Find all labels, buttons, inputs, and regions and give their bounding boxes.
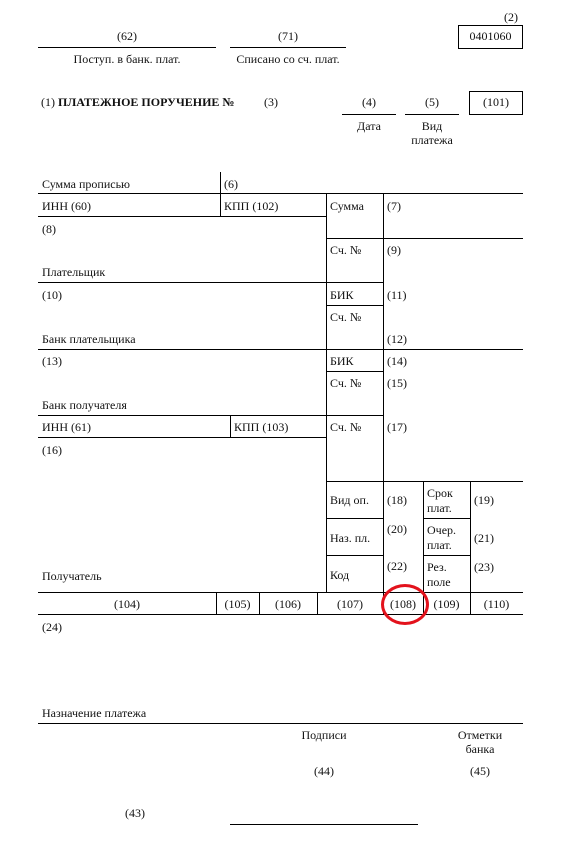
divider: [38, 592, 523, 593]
highlight-circle: [381, 584, 429, 625]
payer-label: Плательщик: [42, 265, 105, 279]
debited-label: Списано со сч. плат.: [222, 52, 354, 66]
divider: [230, 415, 231, 437]
order-label-1: Очер.: [427, 523, 456, 537]
code-field[interactable]: (22): [387, 559, 407, 573]
payer-bank-account-field[interactable]: (12): [387, 332, 407, 346]
debited-code[interactable]: (71): [230, 29, 346, 43]
payee-inn[interactable]: ИНН (61): [42, 420, 91, 434]
divider: [326, 371, 383, 372]
op-type-label: Вид оп.: [330, 493, 369, 507]
divider: [38, 349, 523, 350]
divider: [326, 518, 383, 519]
op-type-field[interactable]: (18): [387, 493, 407, 507]
order-number-code[interactable]: (3): [264, 95, 278, 109]
payer-account-field[interactable]: (9): [387, 243, 401, 257]
payee-bank-account-label: Сч. №: [330, 376, 361, 390]
payee-bank-label: Банк получателя: [42, 398, 127, 412]
payer-inn[interactable]: ИНН (60): [42, 199, 91, 213]
payee-bank-bik-field[interactable]: (14): [387, 354, 407, 368]
payee-bank-name-field[interactable]: (13): [42, 354, 62, 368]
sum-field[interactable]: (7): [387, 199, 401, 213]
divider: [38, 614, 523, 615]
title-number: (1): [41, 95, 55, 109]
stamp-field[interactable]: (43): [100, 806, 170, 820]
payer-name-field[interactable]: (8): [42, 222, 56, 236]
payer-bank-bik-field[interactable]: (11): [387, 288, 407, 302]
divider: [326, 238, 523, 239]
payee-kpp[interactable]: КПП (103): [234, 420, 288, 434]
divider: [38, 282, 383, 283]
payee-account-label: Сч. №: [330, 420, 361, 434]
order-field[interactable]: (21): [474, 531, 494, 545]
payment-type-code[interactable]: (5): [405, 95, 459, 109]
payee-label: Получатель: [42, 569, 102, 583]
payee-account-field[interactable]: (17): [387, 420, 407, 434]
bank-marks-label-1: Отметки: [440, 728, 520, 742]
payee-bank-account-field[interactable]: (15): [387, 376, 407, 390]
payment-type-label-2: платежа: [400, 133, 464, 147]
payment-type-line: [405, 114, 459, 115]
reserve-label-1: Рез.: [427, 560, 447, 574]
divider: [38, 723, 523, 724]
form-title: (1) ПЛАТЕЖНОЕ ПОРУЧЕНИЕ №: [41, 95, 234, 109]
tax-field-105[interactable]: (105): [216, 597, 259, 611]
divider: [423, 555, 470, 556]
divider: [38, 415, 383, 416]
payment-type-label-1: Вид: [405, 119, 459, 133]
sum-label: Сумма: [330, 199, 364, 213]
divider: [220, 172, 221, 216]
divider: [38, 193, 523, 194]
received-line: [38, 47, 216, 48]
divider: [326, 555, 383, 556]
payer-status-box[interactable]: (101): [469, 91, 523, 115]
received-label: Поступ. в банк. плат.: [38, 52, 216, 66]
divider: [326, 481, 523, 482]
tax-field-107[interactable]: (107): [317, 597, 383, 611]
divider: [326, 193, 327, 592]
purpose-type-label: Наз. пл.: [330, 531, 370, 545]
payee-name-field[interactable]: (16): [42, 443, 62, 457]
purpose-field[interactable]: (24): [42, 620, 62, 634]
divider: [423, 518, 470, 519]
term-label-1: Срок: [427, 486, 453, 500]
term-field[interactable]: (19): [474, 493, 494, 507]
tax-field-104[interactable]: (104): [38, 597, 216, 611]
tax-field-110[interactable]: (110): [470, 597, 523, 611]
bank-marks-field[interactable]: (45): [440, 764, 520, 778]
signatures-label: Подписи: [230, 728, 418, 742]
form-code-box: 0401060: [458, 25, 523, 49]
payer-bank-bik-label: БИК: [330, 288, 354, 302]
bank-marks-label-2: банка: [440, 742, 520, 756]
signature-line: [230, 824, 418, 825]
order-label-2: плат.: [427, 538, 452, 552]
form-code-number: (2): [504, 10, 518, 24]
payer-bank-account-label: Сч. №: [330, 310, 361, 324]
divider: [383, 193, 384, 614]
payer-account-label: Сч. №: [330, 243, 361, 257]
payer-kpp[interactable]: КПП (102): [224, 199, 278, 213]
title-text: ПЛАТЕЖНОЕ ПОРУЧЕНИЕ №: [58, 95, 234, 109]
debited-line: [230, 47, 346, 48]
reserve-field[interactable]: (23): [474, 560, 494, 574]
date-code[interactable]: (4): [342, 95, 396, 109]
divider: [326, 305, 383, 306]
date-label: Дата: [342, 119, 396, 133]
payer-bank-name-field[interactable]: (10): [42, 288, 62, 302]
tax-field-109[interactable]: (109): [423, 597, 470, 611]
divider: [38, 437, 326, 438]
payee-bank-bik-label: БИК: [330, 354, 354, 368]
payer-bank-label: Банк плательщика: [42, 332, 136, 346]
code-label: Код: [330, 568, 349, 582]
signature-field[interactable]: (44): [230, 764, 418, 778]
tax-field-106[interactable]: (106): [259, 597, 317, 611]
term-label-2: плат.: [427, 501, 452, 515]
reserve-label-2: поле: [427, 575, 451, 589]
purpose-type-field[interactable]: (20): [387, 522, 407, 536]
amount-words-label: Сумма прописью: [42, 177, 130, 191]
divider: [38, 216, 326, 217]
date-line: [342, 114, 396, 115]
received-code[interactable]: (62): [38, 29, 216, 43]
amount-words-field[interactable]: (6): [224, 177, 238, 191]
divider: [470, 481, 471, 614]
purpose-label: Назначение платежа: [42, 706, 146, 720]
